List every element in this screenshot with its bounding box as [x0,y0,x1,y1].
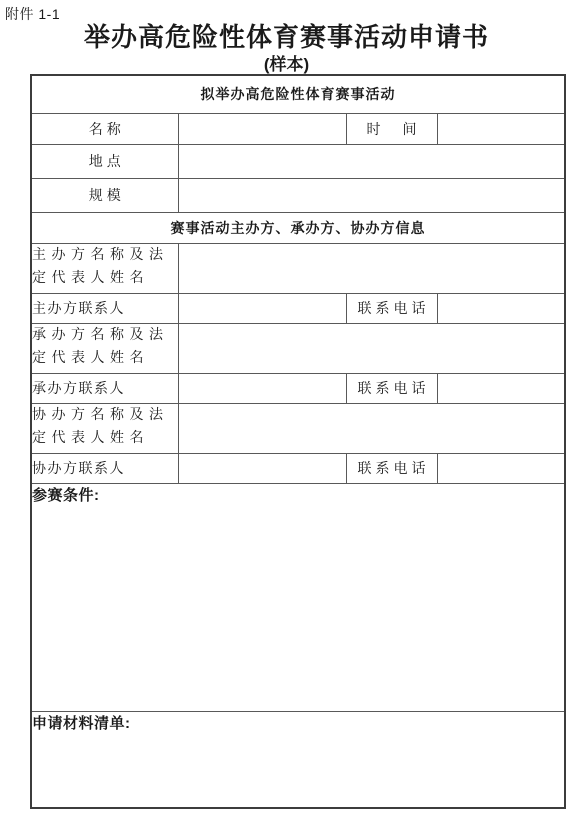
event-scale-label: 规模 [31,178,178,212]
section-header-event: 拟举办高危险性体育赛事活动 [31,75,565,113]
host-name-field[interactable] [178,243,565,293]
event-time-field[interactable] [437,113,565,144]
event-place-field[interactable] [178,144,565,178]
application-form-table: 拟举办高危险性体育赛事活动 名称 时 间 地点 规模 赛事活动主办方、承办方、协… [30,74,566,809]
coorganizer-contact-field[interactable] [178,453,346,483]
undertaker-contact-field[interactable] [178,373,346,403]
section-header-organizers: 赛事活动主办方、承办方、协办方信息 [31,212,565,243]
page-title: 举办高危险性体育赛事活动申请书 [0,17,573,54]
coorganizer-name-field[interactable] [178,403,565,453]
coorganizer-phone-label: 联系电话 [346,453,437,483]
event-name-label: 名称 [31,113,178,144]
host-phone-field[interactable] [437,293,565,323]
coorganizer-phone-field[interactable] [437,453,565,483]
coorganizer-name-label: 协办方名称及法定代表人姓名 [31,403,178,453]
conditions-cell[interactable]: 参赛条件: [31,483,565,711]
page-subtitle: (样本) [0,50,573,75]
host-phone-label: 联系电话 [346,293,437,323]
undertaker-contact-label: 承办方联系人 [31,373,178,403]
event-time-label: 时 间 [346,113,437,144]
event-name-field[interactable] [178,113,346,144]
document-page: 附件 1-1 举办高危险性体育赛事活动申请书 (样本) 拟举办高危险性体育赛事活… [0,0,573,819]
event-place-label: 地点 [31,144,178,178]
coorganizer-contact-label: 协办方联系人 [31,453,178,483]
undertaker-name-field[interactable] [178,323,565,373]
conditions-label: 参赛条件: [32,487,100,504]
host-contact-label: 主办方联系人 [31,293,178,323]
materials-label: 申请材料清单: [32,715,131,732]
undertaker-phone-label: 联系电话 [346,373,437,403]
host-contact-field[interactable] [178,293,346,323]
undertaker-phone-field[interactable] [437,373,565,403]
undertaker-name-label: 承办方名称及法定代表人姓名 [31,323,178,373]
materials-cell[interactable]: 申请材料清单: [31,711,565,808]
event-scale-field[interactable] [178,178,565,212]
host-name-label: 主办方名称及法定代表人姓名 [31,243,178,293]
